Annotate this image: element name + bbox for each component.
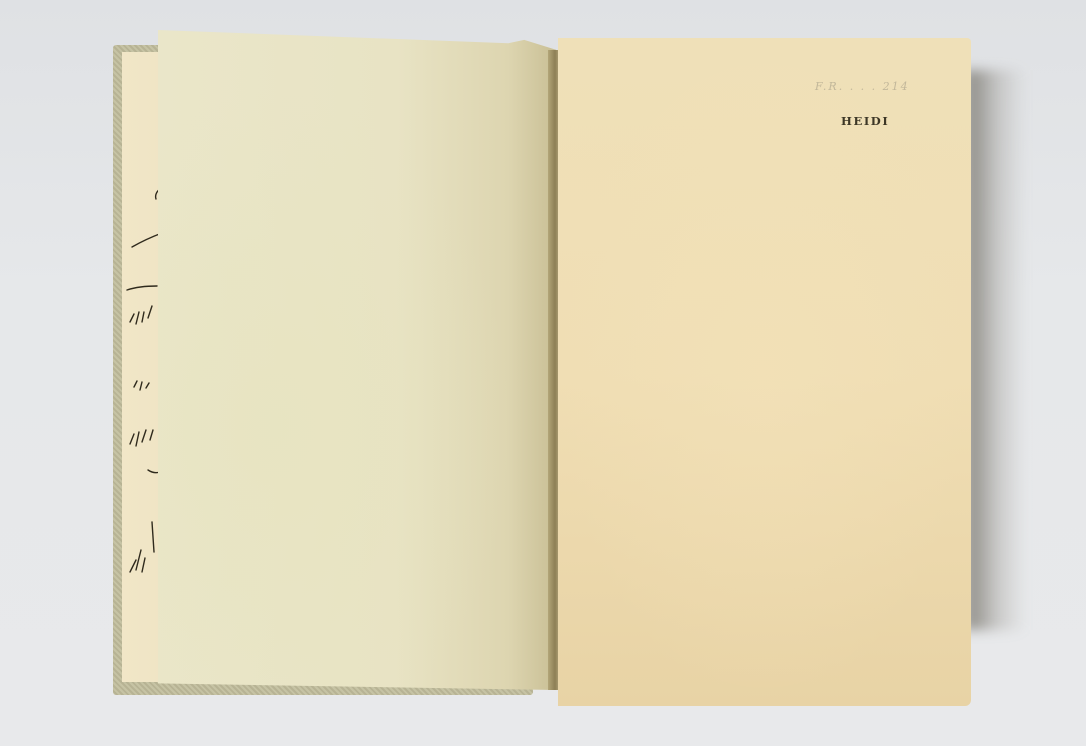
- running-title: HEIDI: [841, 114, 889, 128]
- book-shadow: [965, 70, 1025, 630]
- pencil-note: F.R. . . . 214: [815, 80, 910, 93]
- right-page: [558, 38, 971, 706]
- left-page-blank: [158, 30, 556, 690]
